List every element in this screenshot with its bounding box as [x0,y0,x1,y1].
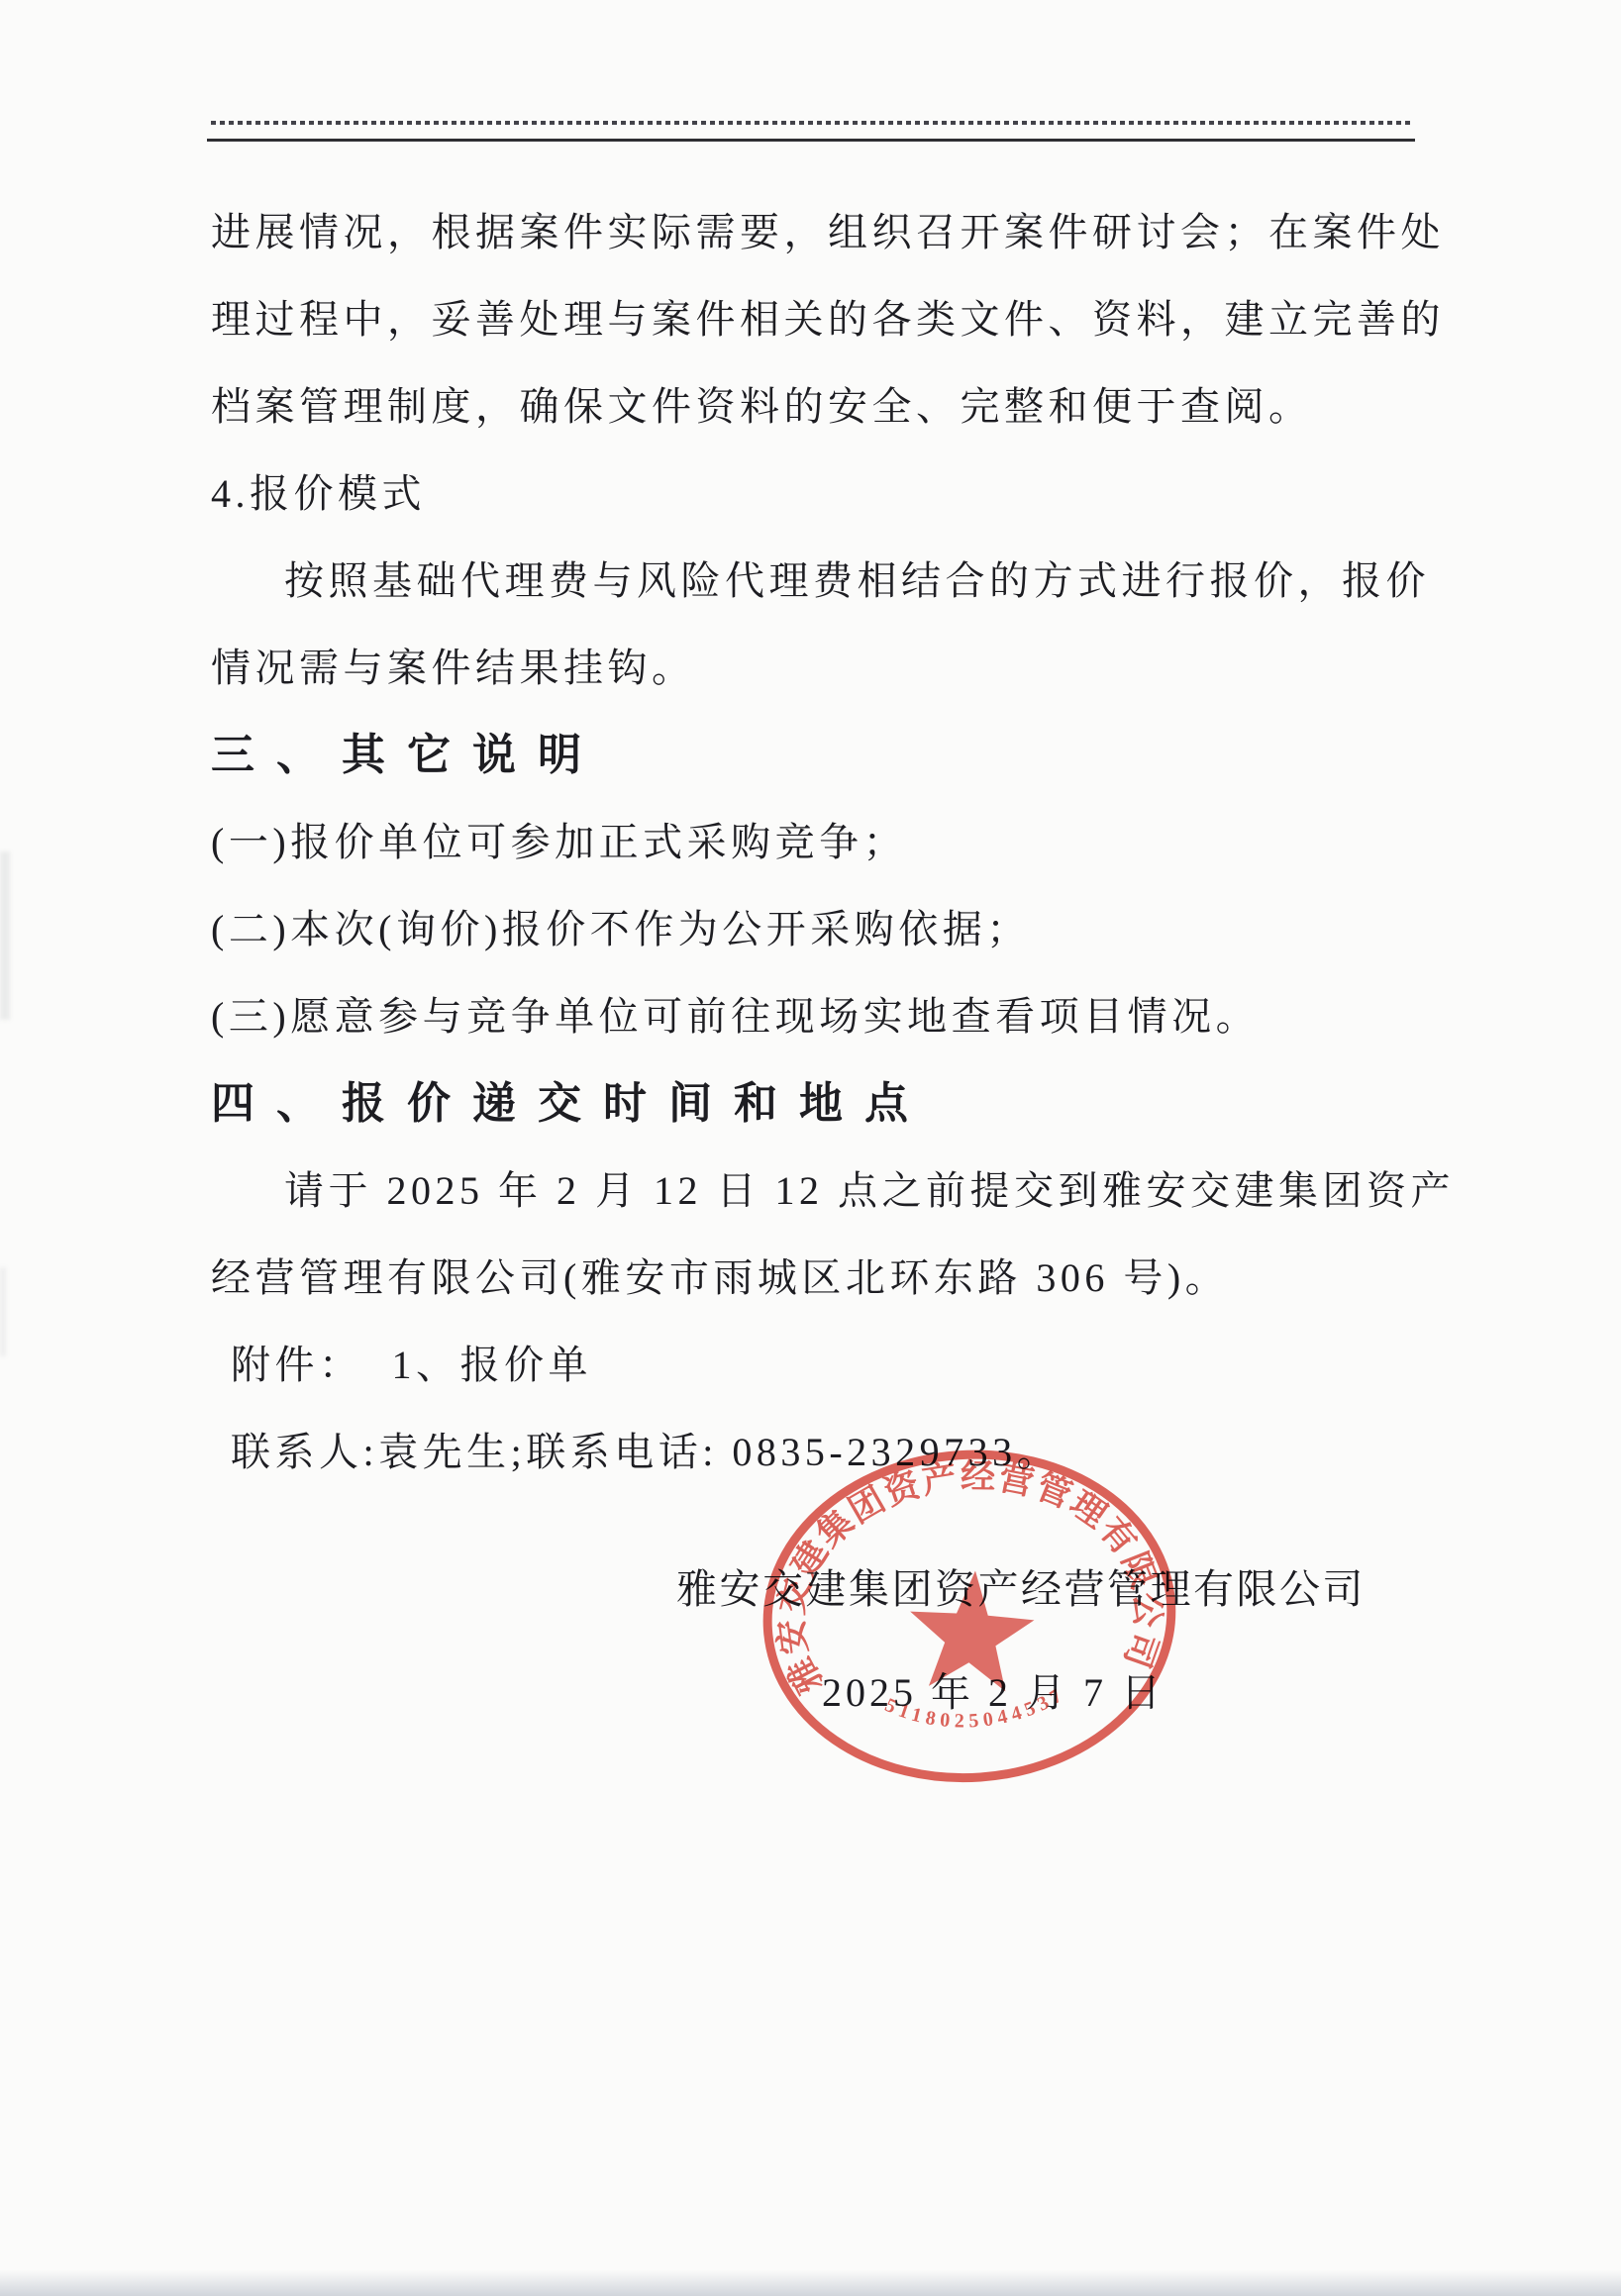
body-line: 请于 2025 年 2 月 12 日 12 点之前提交到雅安交建集团资产 [211,1148,1459,1235]
section-heading-3: 三、其它说明 [211,712,1459,799]
body-line: 理过程中，妥善处理与案件相关的各类文件、资料，建立完善的 [211,276,1459,363]
section-heading-4: 四、报价递交时间和地点 [211,1060,1459,1148]
item-quotation-mode: 4.报价模式 [211,450,1459,538]
attachment-line: 附件： 1、报价单 [211,1322,1459,1409]
signature-date: 2025 年 2 月 7 日 [822,1661,1165,1718]
scan-smudge [0,1267,6,1356]
contact-line: 联系人:袁先生;联系电话: 0835-2329733。 [211,1409,1459,1496]
scan-smudge [0,851,10,1020]
body-line: 档案管理制度，确保文件资料的安全、完整和便于查阅。 [211,363,1459,450]
body-line: 按照基础代理费与风险代理费相结合的方式进行报价，报价 [211,538,1459,625]
body-line: 情况需与案件结果挂钩。 [211,625,1459,712]
body-line: 进展情况，根据案件实际需要，组织召开案件研讨会；在案件处 [211,189,1459,276]
scan-edge-artifact [0,2270,1621,2296]
list-item-2: (二)本次(询价)报价不作为公开采购依据； [211,886,1459,973]
list-item-1: (一)报价单位可参加正式采购竞争； [211,799,1459,886]
document-body: 进展情况，根据案件实际需要，组织召开案件研讨会；在案件处 理过程中，妥善处理与案… [211,189,1459,1496]
document-page: 进展情况，根据案件实际需要，组织召开案件研讨会；在案件处 理过程中，妥善处理与案… [0,0,1621,2296]
list-item-3: (三)愿意参与竞争单位可前往现场实地查看项目情况。 [211,973,1459,1060]
signature-company: 雅安交建集团资产经营管理有限公司 [676,1556,1366,1615]
body-line: 经营管理有限公司(雅安市雨城区北环东路 306 号)。 [211,1235,1459,1322]
solid-divider [207,139,1415,142]
dotted-divider [211,121,1411,125]
